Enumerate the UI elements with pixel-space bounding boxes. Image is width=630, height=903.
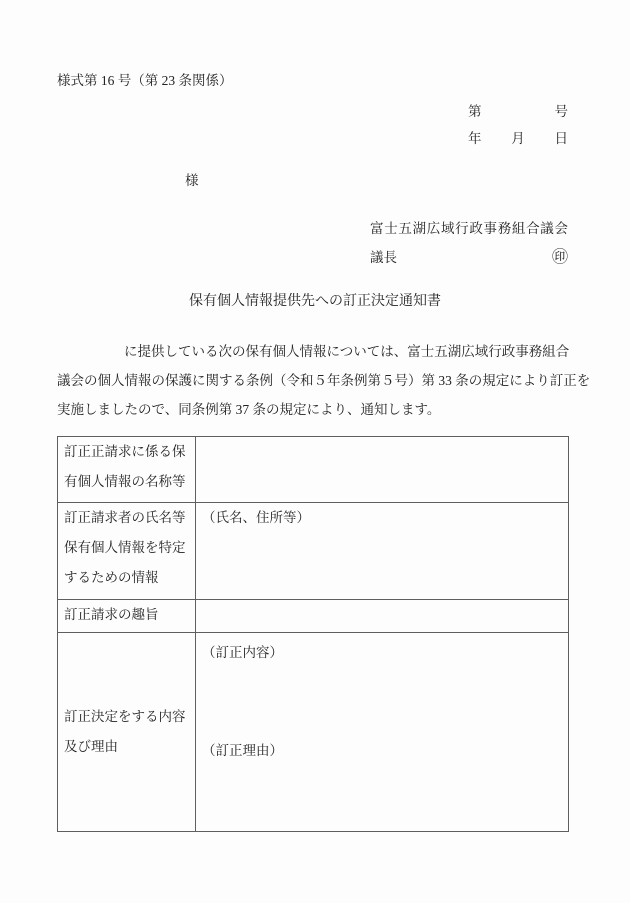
row3-value-cell bbox=[196, 600, 569, 633]
table-row: 訂正請求の趣旨 bbox=[58, 600, 569, 633]
row1-value-cell bbox=[196, 437, 569, 503]
correction-reason-hint: （訂正理由） bbox=[202, 736, 564, 766]
sender-block: 富士五湖広域行政事務組合議会 議長 ㊞ bbox=[370, 214, 568, 272]
correction-content-hint: （訂正内容） bbox=[202, 638, 564, 668]
row2-label-line: するための情報 bbox=[64, 563, 191, 593]
row4-value-cell: （訂正内容） （訂正理由） bbox=[196, 633, 569, 832]
document-title: 保有個人情報提供先への訂正決定通知書 bbox=[0, 291, 630, 313]
notice-table: 訂正正請求に係る保 有個人情報の名称等 訂正請求者の氏名等 保有個人情報を特定 … bbox=[57, 436, 569, 832]
row2-label-line: 訂正請求者の氏名等 bbox=[64, 503, 191, 533]
row3-label-cell: 訂正請求の趣旨 bbox=[58, 600, 196, 633]
sender-post-line: 議長 ㊞ bbox=[370, 243, 568, 272]
body-paragraph: に提供している次の保有個人情報については、富士五湖広域行政事務組合 議会の個人情… bbox=[57, 337, 573, 424]
addressee-line: 様 bbox=[185, 171, 199, 191]
sender-post: 議長 bbox=[370, 243, 397, 272]
table-row: 訂正請求者の氏名等 保有個人情報を特定 するための情報 （氏名、住所等） bbox=[58, 503, 569, 600]
row4-label-line: 訂正決定をする内容 bbox=[64, 702, 191, 732]
issue-number-line: 第 号 bbox=[468, 98, 568, 125]
issue-date-line: 年 月 日 bbox=[468, 125, 568, 152]
row2-label-cell: 訂正請求者の氏名等 保有個人情報を特定 するための情報 bbox=[58, 503, 196, 600]
addressee-honorific: 様 bbox=[185, 173, 199, 188]
issue-date-year: 年 bbox=[468, 125, 482, 152]
notice-document-page: 様式第 16 号（第 23 条関係） 第 号 年 月 日 様 富士五湖広域行政事… bbox=[0, 0, 630, 903]
body-line: 議会の個人情報の保護に関する条例（令和５年条例第５号）第 33 条の規定により訂… bbox=[57, 366, 573, 395]
row1-label-line: 有個人情報の名称等 bbox=[64, 467, 191, 497]
row2-value-hint: （氏名、住所等） bbox=[202, 510, 310, 525]
seal-icon: ㊞ bbox=[552, 243, 568, 272]
row3-label-line: 訂正請求の趣旨 bbox=[64, 600, 191, 630]
issue-date-day: 日 bbox=[555, 125, 569, 152]
table-row: 訂正決定をする内容 及び理由 （訂正内容） （訂正理由） bbox=[58, 633, 569, 832]
row1-label-line: 訂正正請求に係る保 bbox=[64, 437, 191, 467]
issue-number-suffix: 号 bbox=[555, 98, 569, 125]
body-line: に提供している次の保有個人情報については、富士五湖広域行政事務組合 bbox=[57, 337, 573, 366]
table-row: 訂正正請求に係る保 有個人情報の名称等 bbox=[58, 437, 569, 503]
row2-label-line: 保有個人情報を特定 bbox=[64, 533, 191, 563]
issue-date-month: 月 bbox=[511, 125, 525, 152]
body-line: 実施しましたので、同条例第 37 条の規定により、通知します。 bbox=[57, 395, 573, 424]
form-number: 様式第 16 号（第 23 条関係） bbox=[57, 71, 233, 91]
issue-number-prefix: 第 bbox=[468, 98, 482, 125]
row2-value-cell: （氏名、住所等） bbox=[196, 503, 569, 600]
row4-label-line: 及び理由 bbox=[64, 732, 191, 762]
issue-header-block: 第 号 年 月 日 bbox=[468, 98, 568, 152]
row4-label-cell: 訂正決定をする内容 及び理由 bbox=[58, 633, 196, 832]
sender-organization: 富士五湖広域行政事務組合議会 bbox=[370, 214, 568, 243]
row1-label-cell: 訂正正請求に係る保 有個人情報の名称等 bbox=[58, 437, 196, 503]
